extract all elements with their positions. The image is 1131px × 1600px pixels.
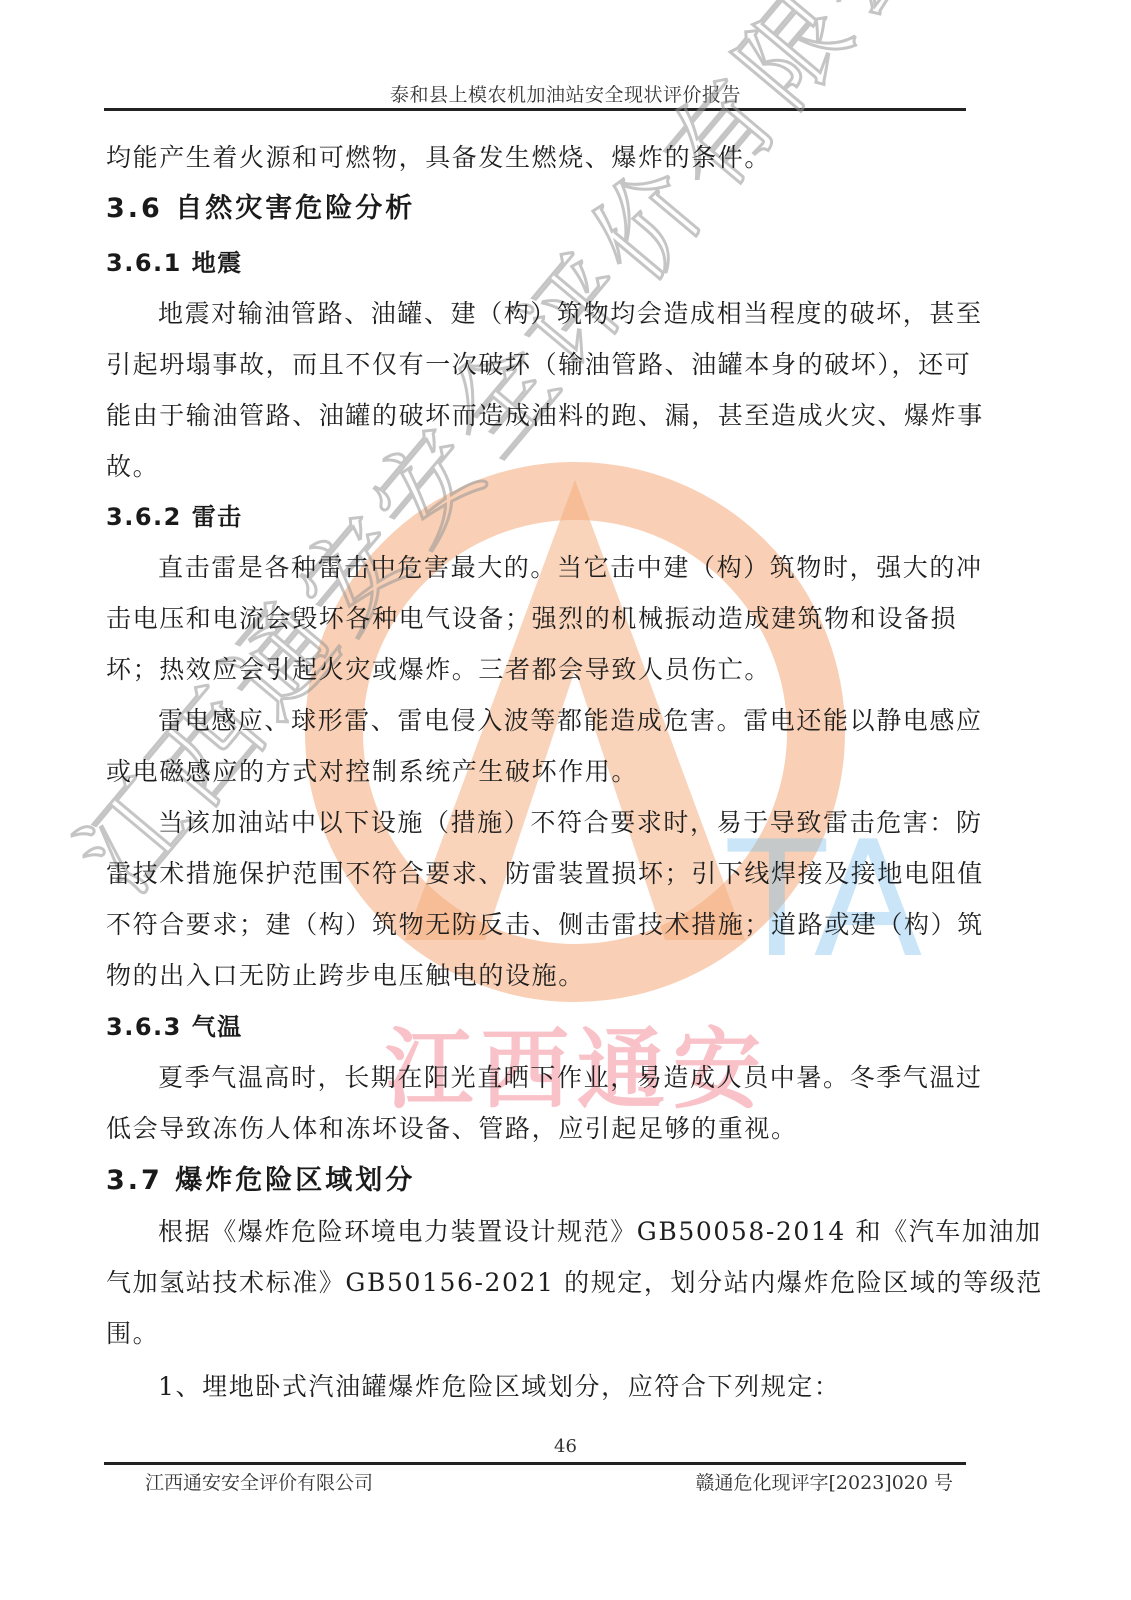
footer-doc-number: 赣通危化现评字[2023]020 号 bbox=[696, 1468, 953, 1495]
subsection-heading-3-6-2: 3.6.2 雷击 bbox=[106, 497, 243, 532]
header-divider bbox=[104, 108, 966, 111]
section-heading-3-7: 3.7 爆炸危险区域划分 bbox=[106, 1158, 415, 1197]
paragraph-line: 物的出入口无防止跨步电压触电的设施。 bbox=[106, 956, 585, 992]
section-heading-3-6: 3.6 自然灾害危险分析 bbox=[106, 186, 415, 225]
paragraph-line: 直击雷是各种雷击中危害最大的。当它击中建（构）筑物时，强大的冲 bbox=[158, 548, 983, 584]
paragraph-line: 雷电感应、球形雷、雷电侵入波等都能造成危害。雷电还能以静电感应 bbox=[158, 701, 983, 737]
paragraph-line: 坏；热效应会引起火灾或爆炸。三者都会导致人员伤亡。 bbox=[106, 650, 771, 686]
paragraph-line: 夏季气温高时，长期在阳光直晒下作业，易造成人员中暑。冬季气温过 bbox=[158, 1058, 983, 1094]
watermark-logo-letters: TA bbox=[728, 820, 923, 980]
page-number: 46 bbox=[0, 1436, 1131, 1457]
footer-divider bbox=[104, 1462, 966, 1465]
paragraph-line: 气加氢站技术标准》GB50156-2021 的规定，划分站内爆炸危险区域的等级范 bbox=[106, 1263, 1043, 1299]
paragraph-line: 引起坍塌事故，而且不仅有一次破坏（输油管路、油罐本身的破坏），还可 bbox=[106, 345, 971, 381]
running-header-title: 泰和县上模农机加油站安全现状评价报告 bbox=[0, 80, 1131, 107]
list-item-1: 1、埋地卧式汽油罐爆炸危险区域划分，应符合下列规定： bbox=[158, 1367, 841, 1403]
paragraph-line: 不符合要求；建（构）筑物无防反击、侧击雷技术措施；道路或建（构）筑 bbox=[106, 905, 984, 941]
subsection-heading-3-6-1: 3.6.1 地震 bbox=[106, 243, 243, 278]
paragraph-line: 雷技术措施保护范围不符合要求、防雷装置损坏；引下线焊接及接地电阻值 bbox=[106, 854, 984, 890]
paragraph-line: 击电压和电流会毁坏各种电气设备；强烈的机械振动造成建筑物和设备损 bbox=[106, 599, 957, 635]
paragraph-line: 地震对输油管路、油罐、建（构）筑物均会造成相当程度的破坏，甚至 bbox=[158, 294, 983, 330]
paragraph-line: 围。 bbox=[106, 1314, 159, 1350]
paragraph-line: 根据《爆炸危险环境电力装置设计规范》GB50058-2014 和《汽车加油加 bbox=[158, 1212, 1042, 1248]
paragraph-line: 当该加油站中以下设施（措施）不符合要求时，易于导致雷击危害：防 bbox=[158, 803, 983, 839]
paragraph-line: 故。 bbox=[106, 447, 159, 483]
subsection-heading-3-6-3: 3.6.3 气温 bbox=[106, 1007, 243, 1042]
intro-line: 均能产生着火源和可燃物，具备发生燃烧、爆炸的条件。 bbox=[106, 138, 771, 174]
paragraph-line: 能由于输油管路、油罐的破坏而造成油料的跑、漏，甚至造成火灾、爆炸事 bbox=[106, 396, 984, 432]
footer-company: 江西通安安全评价有限公司 bbox=[145, 1468, 373, 1495]
paragraph-line: 或电磁感应的方式对控制系统产生破坏作用。 bbox=[106, 752, 638, 788]
paragraph-line: 低会导致冻伤人体和冻坏设备、管路，应引起足够的重视。 bbox=[106, 1109, 798, 1145]
document-page: 泰和县上模农机加油站安全现状评价报告 TA 江西通安 江西通安安全评价有限公司 … bbox=[0, 0, 1131, 1600]
